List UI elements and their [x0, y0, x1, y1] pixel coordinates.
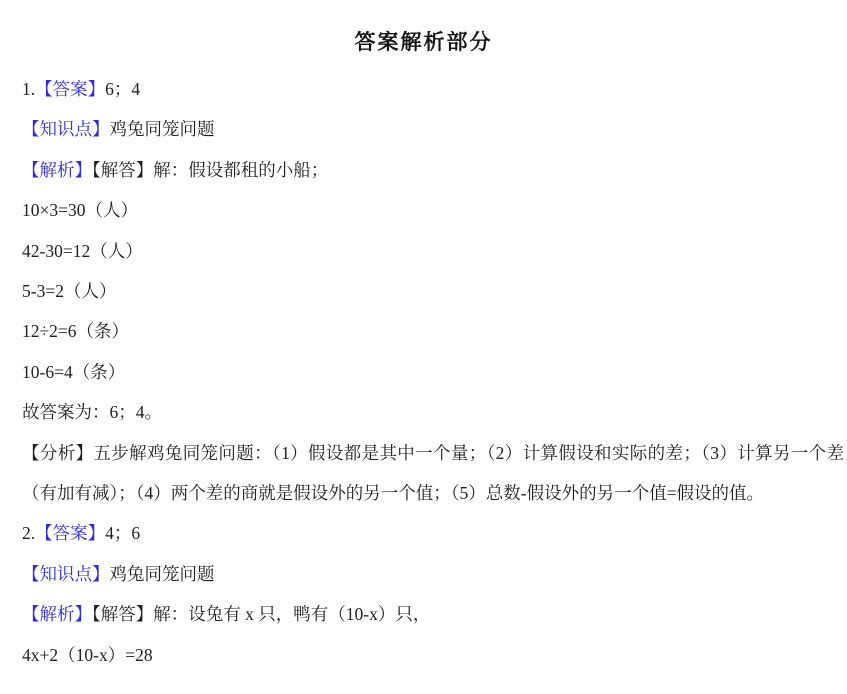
formula-line: 42-30=12（人） — [22, 231, 844, 271]
knowledge-value: 鸡兔同笼问题 — [110, 564, 215, 584]
knowledge-line-q2: 【知识点】鸡兔同笼问题 — [22, 554, 844, 594]
question-number: 2. — [22, 523, 35, 543]
formula-line: 5-3=2（人） — [22, 271, 844, 311]
analysis-paragraph-q1: 【分析】五步解鸡兔同笼问题：（1）假设都是其中一个量；（2）计算假设和实际的差；… — [22, 433, 844, 514]
jiexi-tag: 【解析】 — [22, 604, 92, 624]
knowledge-tag: 【知识点】 — [22, 564, 110, 584]
document-page: { "title": "答案解析部分", "colors": { "tag_bl… — [0, 0, 847, 694]
analysis-text: 五步解鸡兔同笼问题：（1）假设都是其中一个量；（2）计算假设和实际的差；（3）计… — [22, 443, 844, 503]
question-number: 1. — [22, 79, 35, 99]
solution-line-q1: 【解析】【解答】解：假设都租的小船； — [22, 150, 844, 190]
answer-tag: 【答案】 — [35, 523, 105, 543]
knowledge-tag: 【知识点】 — [22, 119, 110, 139]
formula-line: 12÷2=6（条） — [22, 311, 844, 351]
answer-value: 6；4 — [105, 79, 140, 99]
jiexi-tag: 【解析】 — [22, 160, 92, 180]
knowledge-line-q1: 【知识点】鸡兔同笼问题 — [22, 109, 844, 149]
formula-line: 4x+2（10-x）=28 — [22, 635, 844, 675]
conclusion-line-q1: 故答案为：6；4。 — [22, 392, 844, 432]
jieda-text: 【解答】解：设兔有 x 只，鸭有（10-x）只， — [92, 604, 430, 624]
jieda-text: 【解答】解：假设都租的小船； — [92, 160, 328, 180]
knowledge-value: 鸡兔同笼问题 — [110, 119, 215, 139]
solution-line-q2: 【解析】【解答】解：设兔有 x 只，鸭有（10-x）只， — [22, 594, 844, 634]
document-content: 1.【答案】6；4 【知识点】鸡兔同笼问题 【解析】【解答】解：假设都租的小船；… — [0, 56, 847, 675]
analysis-tag: 【分析】 — [22, 443, 93, 463]
answer-tag: 【答案】 — [35, 79, 105, 99]
answer-line-q1: 1.【答案】6；4 — [22, 69, 844, 109]
answer-analysis-document: 答案解析部分 1.【答案】6；4 【知识点】鸡兔同笼问题 【解析】【解答】解：假… — [0, 0, 847, 675]
formula-line: 10×3=30（人） — [22, 190, 844, 230]
answer-value: 4；6 — [105, 523, 140, 543]
answer-line-q2: 2.【答案】4；6 — [22, 513, 844, 553]
formula-line: 10-6=4（条） — [22, 352, 844, 392]
document-title: 答案解析部分 — [0, 0, 847, 56]
